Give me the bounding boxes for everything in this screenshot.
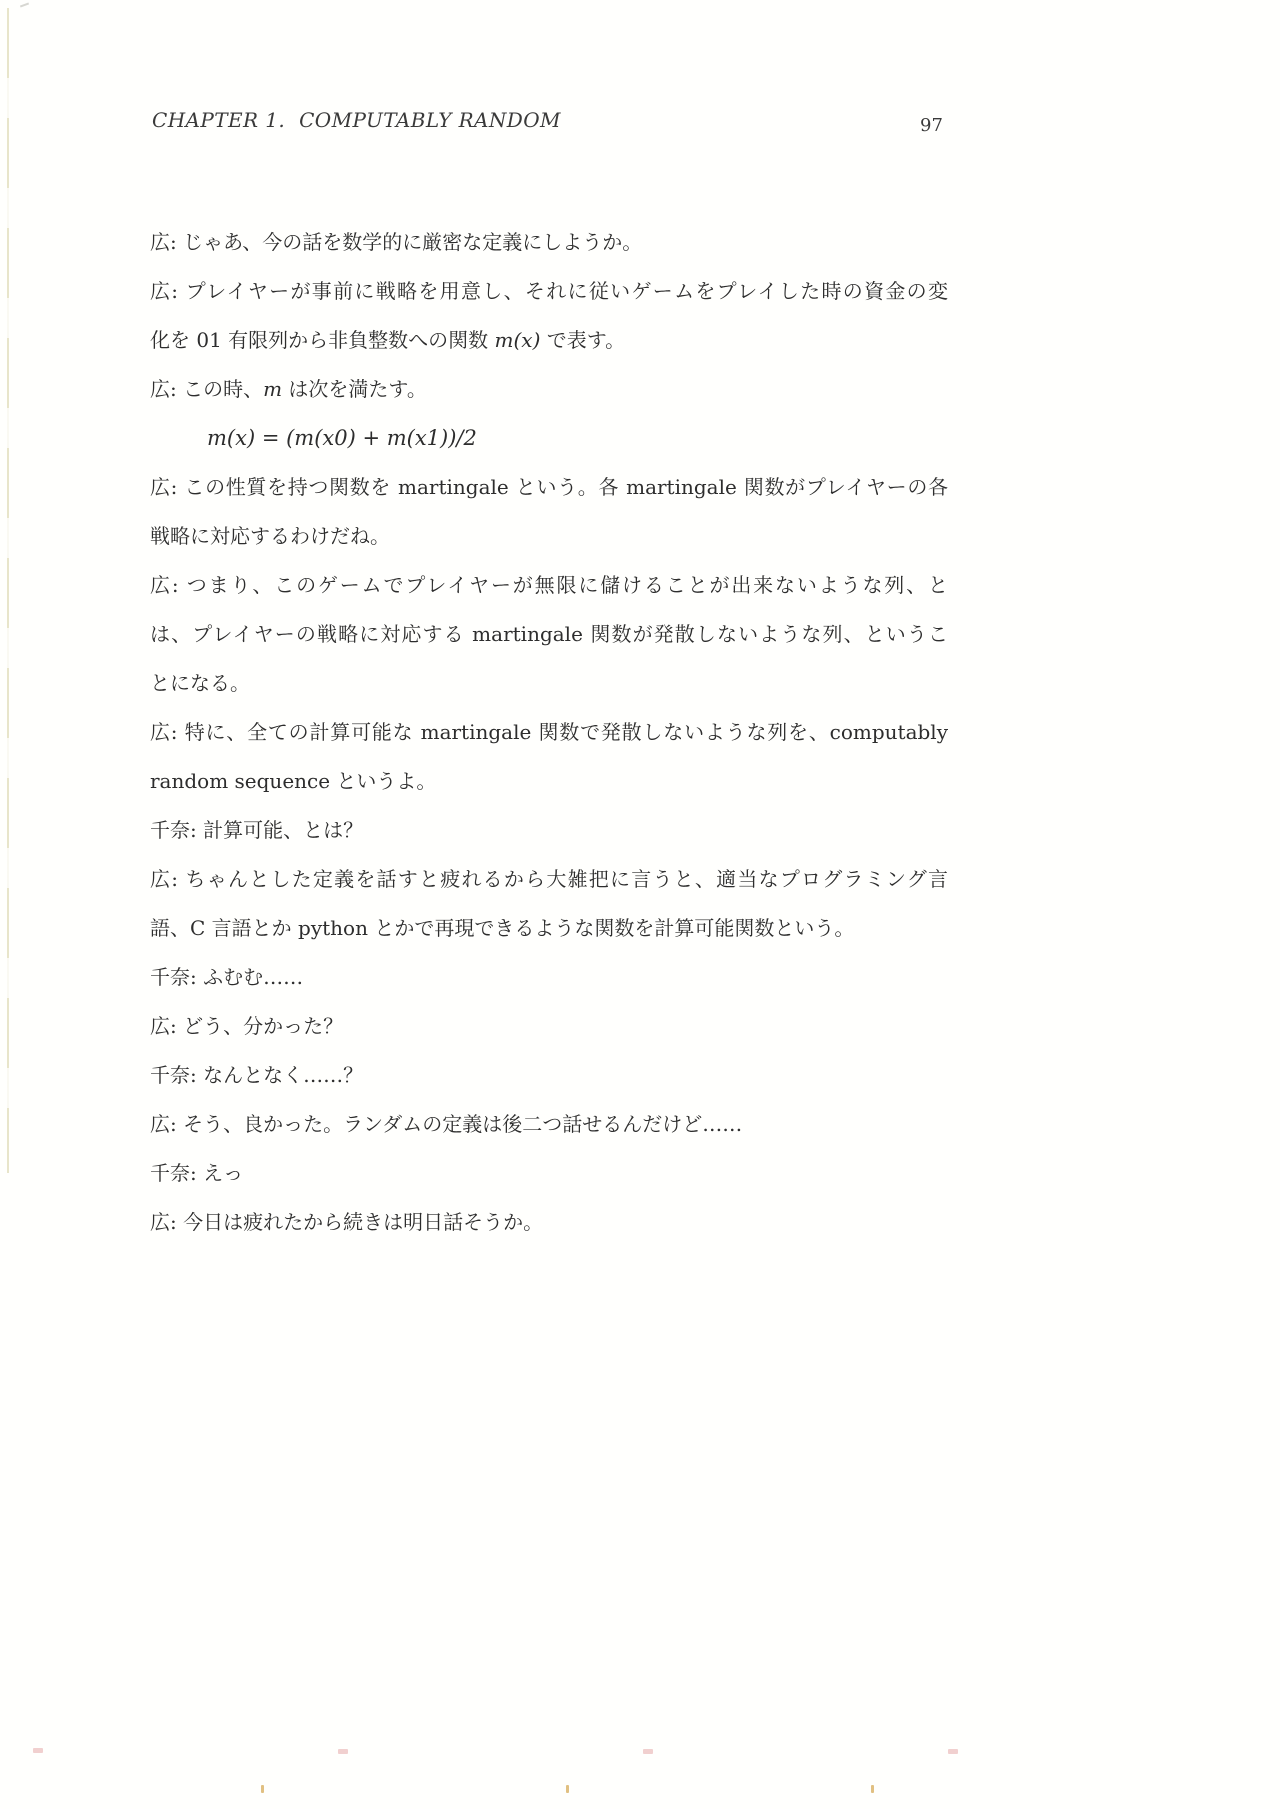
math-formula-line: m(x) = (m(x0) + m(x1))/2	[150, 414, 948, 463]
text-line: 語、C 言語とか python とかで再現できるような関数を計算可能関数という。	[150, 904, 948, 953]
text-line: は、プレイヤーの戦略に対応する martingale 関数が発散しないような列、…	[150, 610, 948, 659]
text-segment: 千奈: えっ	[150, 1161, 243, 1185]
text-segment: 広: じゃあ、今の話を数学的に厳密な定義にしようか。	[150, 230, 642, 254]
chapter-title: COMPUTABLY RANDOM	[299, 108, 561, 132]
page-number: 97	[920, 115, 960, 136]
text-segment: で表す。	[540, 328, 625, 352]
scan-speck	[871, 1785, 874, 1793]
text-segment: 化を 01 有限列から非負整数への関数	[150, 328, 495, 352]
text-segment: 千奈: 計算可能、とは？	[150, 818, 363, 842]
scan-speck	[948, 1749, 958, 1754]
text-segment: 広: つまり、このゲームでプレイヤーが無限に儲けることが出来ないような列、と	[150, 573, 948, 597]
text-line: とになる。	[150, 659, 948, 708]
text-line: 千奈: えっ	[150, 1149, 948, 1198]
text-line: 広: つまり、このゲームでプレイヤーが無限に儲けることが出来ないような列、と	[150, 561, 948, 610]
text-segment: 広: この時、	[150, 377, 263, 401]
scan-speck	[566, 1785, 569, 1793]
text-segment: は次を満たす。	[282, 377, 427, 401]
text-segment: は、プレイヤーの戦略に対応する martingale 関数が発散しないような列、…	[150, 622, 948, 646]
text-line: 広: 今日は疲れたから続きは明日話そうか。	[150, 1198, 948, 1247]
chapter-number: CHAPTER 1.	[152, 108, 285, 132]
scan-corner-artifact	[20, 3, 29, 8]
text-line: 戦略に対応するわけだね。	[150, 512, 948, 561]
scanned-book-page: CHAPTER 1.COMPUTABLY RANDOM 97 広: じゃあ、今の…	[0, 0, 1280, 1809]
text-segment: 語、C 言語とか python とかで再現できるような関数を計算可能関数という。	[150, 916, 854, 940]
scan-speck	[33, 1748, 43, 1753]
text-segment: 広: 特に、全ての計算可能な martingale 関数で発散しないような列を、…	[150, 720, 948, 744]
math-inline: m(x)	[495, 328, 541, 352]
text-line: random sequence というよ。	[150, 757, 948, 806]
text-line: 広: この時、m は次を満たす。	[150, 365, 948, 414]
text-segment: 千奈: なんとなく……？	[150, 1063, 363, 1087]
text-segment: とになる。	[150, 671, 250, 695]
scan-speck	[643, 1749, 653, 1754]
scan-edge-artifact	[7, 8, 9, 1173]
text-line: 化を 01 有限列から非負整数への関数 m(x) で表す。	[150, 316, 948, 365]
text-line: 広: どう、分かった？	[150, 1002, 948, 1051]
text-segment: 千奈: ふむむ……	[150, 965, 303, 989]
text-line: 広: ちゃんとした定義を話すと疲れるから大雑把に言うと、適当なプログラミング言	[150, 855, 948, 904]
scan-speck	[338, 1749, 348, 1754]
text-segment: 戦略に対応するわけだね。	[150, 524, 390, 548]
math-inline: m(x) = (m(x0) + m(x1))/2	[207, 426, 477, 450]
text-line: 千奈: 計算可能、とは？	[150, 806, 948, 855]
text-line: 千奈: ふむむ……	[150, 953, 948, 1002]
scan-speck	[261, 1785, 264, 1793]
text-segment: 広: この性質を持つ関数を martingale という。各 martingal…	[150, 475, 948, 499]
text-line: 広: プレイヤーが事前に戦略を用意し、それに従いゲームをプレイした時の資金の変	[150, 267, 948, 316]
text-segment: 広: どう、分かった？	[150, 1014, 343, 1038]
text-line: 広: この性質を持つ関数を martingale という。各 martingal…	[150, 463, 948, 512]
text-line: 広: じゃあ、今の話を数学的に厳密な定義にしようか。	[150, 218, 948, 267]
text-segment: 広: ちゃんとした定義を話すと疲れるから大雑把に言うと、適当なプログラミング言	[150, 867, 948, 891]
dialogue-text-block: 広: じゃあ、今の話を数学的に厳密な定義にしようか。広: プレイヤーが事前に戦略…	[150, 218, 948, 1247]
running-header: CHAPTER 1.COMPUTABLY RANDOM	[152, 108, 952, 144]
text-line: 広: そう、良かった。ランダムの定義は後二つ話せるんだけど……	[150, 1100, 948, 1149]
text-segment: 広: プレイヤーが事前に戦略を用意し、それに従いゲームをプレイした時の資金の変	[150, 279, 948, 303]
text-segment: 広: 今日は疲れたから続きは明日話そうか。	[150, 1210, 543, 1234]
text-line: 千奈: なんとなく……？	[150, 1051, 948, 1100]
math-inline: m	[263, 377, 282, 401]
text-line: 広: 特に、全ての計算可能な martingale 関数で発散しないような列を、…	[150, 708, 948, 757]
text-segment: 広: そう、良かった。ランダムの定義は後二つ話せるんだけど……	[150, 1112, 742, 1136]
text-segment: random sequence というよ。	[150, 769, 436, 793]
